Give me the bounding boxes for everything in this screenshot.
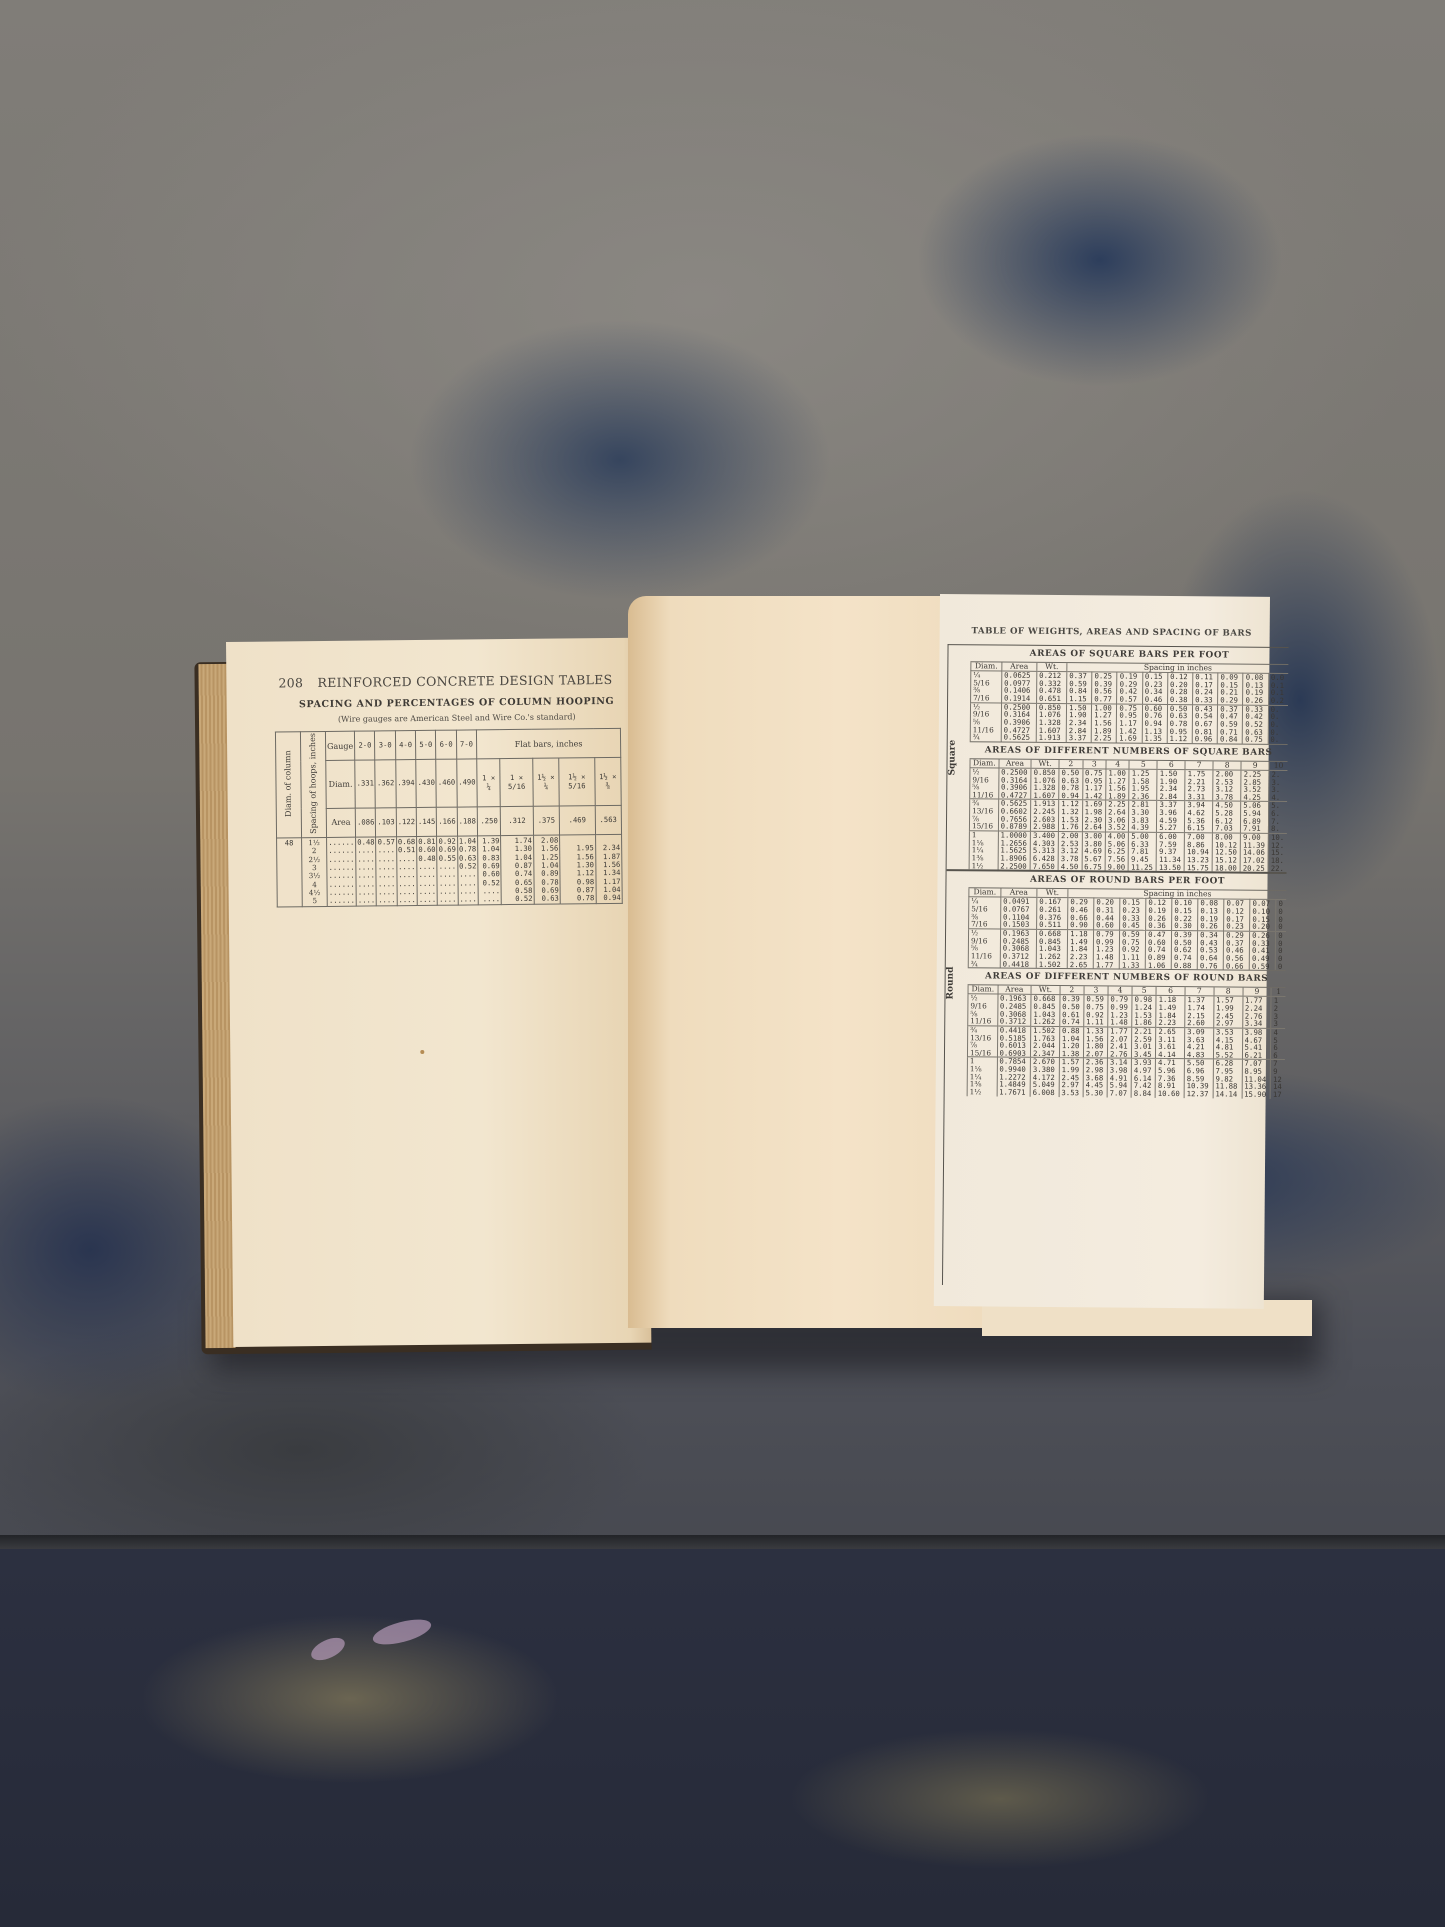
count-values: 2.81 3.30 3.83 4.39 (1129, 801, 1157, 833)
diam-cell: .394 (396, 760, 417, 807)
area-cell: .188 (457, 807, 478, 837)
diam-cell: .490 (456, 759, 477, 806)
spacing-values: 0.08 0.13 0.19 0.26 (1198, 899, 1224, 931)
spacing-values: 0.26 0.33 0.41 0.49 0.59 (1249, 931, 1275, 970)
value-column: 0.48 .... .... .... .... .... .... .... (356, 837, 377, 906)
table-row-group: ½ 9/16 ⅝ 11/16 0.2500 0.3164 0.3906 0.47… (970, 768, 1288, 802)
count-values: 3.00 3.80 4.69 5.67 6.75 (1082, 832, 1106, 871)
count-values: 6.00 7.59 9.37 11.34 13.50 (1156, 832, 1184, 871)
spacing-values: 0.29 0.46 0.66 0.90 (1068, 898, 1094, 930)
area-cell: .145 (416, 807, 437, 837)
gauge-cell: 5-0 (416, 730, 437, 760)
table-row-group: ½ 9/16 ⅝ 11/16 0.1963 0.2485 0.3068 0.37… (968, 994, 1286, 1028)
table-row-group: ¾ 13/16 ⅞ 15/16 0.4418 0.5185 0.6013 0.6… (967, 1026, 1285, 1060)
page-number: 208 (278, 675, 303, 690)
wt-values: 0.850 1.076 1.328 1.607 (1031, 768, 1059, 800)
spacing-values: 0.12 0.20 0.28 0.38 (1167, 672, 1192, 704)
count-values: 4 5 6 6 (1271, 1028, 1285, 1060)
spacing-values: 0.33 0.42 0.52 0.63 0.75 (1243, 705, 1269, 744)
area-cell: .086 (355, 808, 376, 838)
spacing-values: 0.37 0.59 0.84 1.15 (1067, 672, 1092, 704)
value-column: 2.34 1.87 1.56 1.34 1.17 1.04 0.94 (595, 834, 622, 904)
table-subtitle: (Wire gauges are American Steel and Wire… (297, 712, 617, 724)
diam-of-column-header: Diam. of column (284, 750, 294, 817)
table-title: TABLE OF WEIGHTS, AREAS AND SPACING OF B… (962, 626, 1262, 639)
area-cell: .312 (501, 806, 534, 836)
flat-bar-size: 1 × ¼ (477, 759, 501, 806)
count-values: 2.00 2.53 3.12 3.78 4.50 (1058, 832, 1082, 871)
spacing-values: 1½ 2 2½ 3 3½ 4 4½ 5 (302, 838, 328, 908)
spacing-values: 0.37 0.47 0.59 0.71 0.84 (1217, 705, 1243, 744)
wt-values: 0.167 0.261 0.376 0.511 (1037, 898, 1068, 930)
diam-values: ¼ 5/16 ⅜ 7/16 (971, 671, 1002, 703)
value-column: 0.81 0.60 0.48 .... .... .... .... .... (417, 836, 438, 905)
spacing-values: 0.15 0.23 0.33 0.45 (1120, 898, 1146, 930)
blank-fold-page (628, 596, 983, 1328)
spacing-values: 0 0 0 0 0 (1275, 931, 1286, 970)
area-values: 0.2500 0.3164 0.3906 0.4727 0.5625 (1001, 703, 1036, 742)
square-side-label: Square (947, 645, 971, 870)
wt-values: 0.212 0.332 0.478 0.651 (1036, 671, 1066, 703)
spacing-values: 0.09 0.15 0.21 0.29 (1218, 673, 1243, 705)
value-column: 1.39 1.04 0.83 0.69 0.60 0.52 .... .... (478, 836, 502, 905)
count-values: 4.71 5.96 7.36 8.91 10.60 (1155, 1059, 1184, 1098)
gauge-cell: 3-0 (375, 731, 396, 761)
diam-values: ½ 9/16 ⅝ 11/16 ¾ (970, 702, 1001, 741)
wt-values: 1.913 2.245 2.603 2.988 (1031, 800, 1059, 832)
diam-cell: .460 (436, 760, 457, 807)
count-values: 0.75 0.95 1.17 1.42 (1082, 769, 1106, 801)
round-section: Round AREAS OF ROUND BARS PER FOOT Diam.… (945, 871, 1287, 1098)
spacing-values: 0.25 0.39 0.56 0.77 (1092, 672, 1117, 704)
spacing-values: 0.10 0.15 0.22 0.30 (1172, 899, 1198, 931)
running-head-text: REINFORCED CONCRETE DESIGN TABLES (317, 672, 612, 690)
wt-values: 1.502 1.763 2.044 2.347 (1030, 1026, 1059, 1058)
spacing-values: 0.59 0.75 0.92 1.11 1.33 (1119, 930, 1145, 969)
area-cell: .563 (595, 805, 622, 835)
diam-cell: .331 (355, 760, 376, 807)
flat-bar-size: 1½ × ⅜ (594, 758, 621, 806)
count-values: 3.53 4.15 4.81 5.52 (1213, 1028, 1242, 1060)
floor-step-edge (0, 1535, 1445, 1549)
spacing-values: 0 0 0 0 (1276, 900, 1287, 932)
spacing-values: 0.12 0.19 0.26 0.36 (1146, 899, 1172, 931)
diam-values: ½ 9/16 ⅝ 11/16 ¾ (968, 929, 1000, 968)
wt-values: 2.670 3.380 4.172 5.049 6.008 (1030, 1058, 1059, 1097)
wt-values: 0.668 0.845 1.043 1.262 1.502 (1036, 929, 1067, 968)
count-values: 5. 6. 7. 8. (1269, 802, 1288, 834)
count-values: 7.00 8.86 10.94 13.23 15.75 (1184, 833, 1212, 872)
area-values: 0.5625 0.6602 0.7656 0.8789 (998, 799, 1031, 831)
value-column: 1.74 1.30 1.04 0.87 0.74 0.65 0.58 0.52 (501, 835, 534, 905)
area-values: 0.1963 0.2485 0.3068 0.3712 (997, 994, 1031, 1026)
value-column: 1.04 0.78 0.63 0.52 .... .... .... .... (457, 836, 478, 905)
count-values: 8.00 10.12 12.50 15.12 18.00 (1212, 833, 1240, 872)
count-values: 1.77 2.24 2.76 3.34 (1242, 996, 1271, 1028)
count-values: 5.06 5.94 6.89 7.91 (1241, 802, 1269, 834)
area-values: 0.0625 0.0977 0.1406 0.1914 (1001, 671, 1036, 703)
count-values: 3.09 3.63 4.21 4.83 (1184, 1027, 1213, 1059)
left-page: 208 REINFORCED CONCRETE DESIGN TABLES SP… (226, 638, 651, 1347)
round-per-foot-table: Diam. Area Wt. Spacing in inches ¼ 5/16 … (968, 889, 1287, 971)
spacing-values: 0.79 0.99 1.23 1.48 1.77 (1093, 930, 1119, 969)
column-hooping-table: Diam. of column Spacing of hoops, inches… (275, 728, 623, 908)
square-per-foot-table: Diam. Area Wt. Spacing in inches ¼ 5/16 … (970, 662, 1289, 744)
area-cell: .375 (533, 806, 560, 836)
diam-values: 1 1⅛ 1¼ 1⅜ 1½ (969, 831, 998, 870)
flat-bars-header: Flat bars, inches (476, 728, 620, 759)
count-values: 4.50 5.28 6.12 7.03 (1213, 801, 1241, 833)
spacing-values: 0.20 0.31 0.44 0.60 (1094, 898, 1120, 930)
count-values: 0.88 1.04 1.20 1.38 (1059, 1026, 1083, 1058)
spacing-values: 1.18 1.49 1.84 2.23 2.65 (1067, 930, 1093, 969)
spacing-values: 0.39 0.50 0.62 0.74 0.88 (1171, 931, 1197, 970)
spacing-values: 0.19 0.29 0.42 0.57 (1117, 672, 1142, 704)
spacing-values: 0.11 0.17 0.24 0.33 (1193, 673, 1218, 705)
count-values: 1.75 2.21 2.73 3.31 (1185, 769, 1213, 801)
spacing-values: 0. 0. 0. 0. 0. (1268, 705, 1288, 744)
paper-spot (420, 1050, 424, 1054)
spacing-values: 0.07 0.12 0.17 0.23 (1224, 899, 1250, 931)
count-values: 2.36 2.98 3.68 4.45 5.30 (1083, 1058, 1107, 1097)
bar-tables-frame: Square AREAS OF SQUARE BARS PER FOOT Dia… (942, 644, 1289, 1288)
value-column: 0.68 0.51 .... .... .... .... .... .... (396, 837, 417, 906)
count-values: 10. 12. 15. 18. 22. (1268, 833, 1287, 872)
table-row-group: ¼ 5/16 ⅜ 7/16 0.0491 0.0767 0.1104 0.150… (969, 897, 1287, 931)
count-values: 2.00 2.53 3.12 3.78 (1213, 770, 1241, 802)
spacing-values: 0.15 0.23 0.34 0.46 (1142, 672, 1167, 704)
area-cell: .122 (396, 807, 417, 837)
count-values: 0.39 0.50 0.61 0.74 (1060, 995, 1084, 1027)
count-values: 1.69 1.98 2.30 2.64 (1082, 800, 1106, 832)
value-column: 1.95 1.56 1.30 1.12 0.98 0.87 0.78 (560, 835, 596, 905)
count-values: 1.77 2.07 2.41 2.76 (1107, 1027, 1131, 1059)
round-numbers-table: Diam. Area Wt. 2 3 4 5 6 7 8 9 1 ½ 9/16 … (967, 986, 1286, 1099)
area-values: 0.0491 0.0767 0.1104 0.1503 (1000, 897, 1036, 929)
spacing-values: 0.0 0.1 0.1 0.2 (1268, 673, 1288, 705)
spacing-values: 0.34 0.43 0.53 0.64 0.76 (1197, 931, 1223, 970)
count-values: 1 2 3 3 (1271, 997, 1285, 1029)
spacing-values: 0.43 0.54 0.67 0.81 0.96 (1192, 704, 1218, 743)
count-values: 4.00 5.06 6.25 7.56 9.00 (1105, 832, 1129, 871)
count-values: 2.25 2.85 3.52 4.25 (1241, 770, 1269, 802)
wt-values: 0.668 0.845 1.043 1.262 (1031, 995, 1060, 1027)
area-cell: .469 (559, 805, 595, 835)
value-column: ...... ...... ...... ...... ...... .....… (327, 837, 357, 907)
count-values: 5.00 6.33 7.81 9.45 11.25 (1128, 832, 1156, 871)
count-values: 2. 3. 3. 4. (1269, 770, 1288, 802)
area-label: Area (326, 808, 355, 838)
diam-values: ¾ 13/16 ⅞ 15/16 (967, 1026, 997, 1058)
count-values: 1.12 1.32 1.53 1.76 (1059, 800, 1083, 832)
table-row-group: ¼ 5/16 ⅜ 7/16 0.0625 0.0977 0.1406 0.191… (971, 671, 1289, 705)
count-values: 3.37 3.96 4.59 5.27 (1157, 801, 1185, 833)
spacing-values: 1.00 1.27 1.56 1.89 2.25 (1091, 703, 1117, 742)
square-numbers-table: Diam. Area Wt. 2 3 4 5 6 7 8 9 10 ½ 9/16… (969, 759, 1288, 872)
table-row-group: 1 1⅛ 1¼ 1⅜ 1½ 1.0000 1.2656 1.5625 1.890… (969, 831, 1287, 873)
count-values: 2.25 2.64 3.06 3.52 (1105, 800, 1129, 832)
spacing-values: 0.29 0.37 0.46 0.56 0.66 (1223, 931, 1249, 970)
value-column: 0.92 0.69 0.55 .... .... .... .... .... (437, 836, 458, 905)
count-values: 2.65 3.11 3.61 4.14 (1156, 1027, 1185, 1059)
diam-cell: .362 (375, 760, 396, 807)
spacing-values: 0.60 0.76 0.94 1.13 1.35 (1142, 704, 1168, 743)
area-values: 0.4418 0.5185 0.6013 0.6903 (997, 1026, 1031, 1058)
square-section: Square AREAS OF SQUARE BARS PER FOOT Dia… (947, 645, 1289, 874)
count-values: 0.79 0.99 1.23 1.48 (1108, 995, 1132, 1027)
count-values: 7.07 8.95 11.04 13.36 15.90 (1242, 1060, 1271, 1099)
spacing-values: 0.08 0.13 0.19 0.26 (1243, 673, 1268, 705)
spacing-header: Spacing of hoops, inches (308, 733, 318, 834)
column-diameter: 48 (277, 838, 303, 908)
lower-concrete-slab (0, 1549, 1445, 1927)
count-values: 2.21 2.59 3.01 3.45 (1132, 1027, 1156, 1059)
count-values: 1.37 1.74 2.15 2.60 (1185, 996, 1214, 1028)
table-row-group: ½ 9/16 ⅝ 11/16 ¾ 0.2500 0.3164 0.3906 0.… (970, 702, 1288, 744)
flat-bar-size: 1 × 5/16 (500, 759, 533, 807)
gauge-cell: 7-0 (456, 730, 477, 760)
count-values: 1.57 1.99 2.45 2.97 3.53 (1059, 1058, 1083, 1097)
diam-values: ½ 9/16 ⅝ 11/16 (970, 768, 999, 800)
area-values: 0.7854 0.9940 1.2272 1.4849 1.7671 (997, 1057, 1031, 1096)
count-values: 1.57 1.99 2.45 2.97 (1213, 996, 1242, 1028)
count-values: 7 9 12 14 17 (1270, 1060, 1285, 1099)
count-values: 0.50 0.63 0.78 0.94 (1059, 768, 1083, 800)
count-values: 3.94 4.62 5.36 6.15 (1185, 801, 1213, 833)
wt-values: 3.400 4.303 5.313 6.428 7.650 (1030, 831, 1058, 870)
count-values: 5.50 6.96 8.59 10.39 12.37 (1184, 1059, 1213, 1098)
area-cell: .166 (437, 807, 458, 837)
count-values: 1.00 1.27 1.56 1.89 (1106, 769, 1130, 801)
count-values: 1.50 1.90 2.34 2.84 (1157, 769, 1185, 801)
count-values: 9.00 11.39 14.06 17.02 20.25 (1240, 833, 1268, 872)
count-values: 6.28 7.95 9.82 11.88 14.14 (1213, 1059, 1242, 1098)
value-column: 0.57 .... .... .... .... .... .... .... (376, 837, 397, 906)
count-values: 0.98 1.24 1.53 1.86 (1132, 995, 1156, 1027)
flat-bar-size: 1½ × ¼ (533, 758, 560, 806)
diam-label: Diam. (326, 761, 356, 809)
gauge-cell: 6-0 (436, 730, 457, 760)
table-title: SPACING AND PERCENTAGES OF COLUMN HOOPIN… (297, 696, 617, 710)
table-row-group: 1 1⅛ 1¼ 1⅜ 1½ 0.7854 0.9940 1.2272 1.484… (967, 1057, 1285, 1099)
diam-values: ¼ 5/16 ⅜ 7/16 (969, 897, 1001, 929)
table-row-group: ½ 9/16 ⅝ 11/16 ¾ 0.1963 0.2485 0.3068 0.… (968, 929, 1286, 971)
spacing-values: 0.47 0.60 0.74 0.89 1.06 (1145, 930, 1171, 969)
count-values: 3.93 4.97 6.14 7.42 8.84 (1131, 1059, 1155, 1098)
diam-values: 1 1⅛ 1¼ 1⅜ 1½ (967, 1057, 997, 1096)
area-values: 0.2500 0.3164 0.3906 0.4727 (998, 768, 1031, 800)
area-values: 1.0000 1.2656 1.5625 1.8906 2.2500 (998, 831, 1031, 870)
area-cell: .250 (477, 806, 501, 836)
area-cell: .103 (376, 807, 397, 837)
table-row-group: ¾ 13/16 ⅞ 15/16 0.5625 0.6602 0.7656 0.8… (969, 799, 1287, 833)
gauge-cell: 4-0 (395, 731, 416, 761)
running-head: 208 REINFORCED CONCRETE DESIGN TABLES (278, 672, 618, 691)
spacing-values: 1.50 1.90 2.34 2.84 3.37 (1066, 703, 1092, 742)
area-values: 0.1963 0.2485 0.3068 0.3712 0.4418 (1000, 929, 1036, 968)
count-values: 1.25 1.58 1.95 2.36 (1129, 769, 1157, 801)
diam-values: ½ 9/16 ⅝ 11/16 (968, 994, 998, 1026)
count-values: 3.14 3.98 4.91 5.94 7.07 (1107, 1058, 1131, 1097)
diam-values: ¾ 13/16 ⅞ 15/16 (969, 799, 998, 831)
count-values: 3.98 4.67 5.41 6.21 (1242, 1028, 1271, 1060)
right-page: TABLE OF WEIGHTS, AREAS AND SPACING OF B… (934, 594, 1270, 1309)
wt-values: 0.850 1.076 1.328 1.607 1.913 (1036, 703, 1066, 742)
count-values: 1.33 1.56 1.80 2.07 (1083, 1027, 1107, 1059)
gauge-cell: 2-0 (355, 731, 376, 761)
count-values: 0.59 0.75 0.92 1.11 (1084, 995, 1108, 1027)
gauge-label: Gauge (325, 731, 354, 761)
spacing-values: 0.07 0.10 0.15 0.20 (1250, 900, 1276, 932)
spacing-values: 0.75 0.95 1.17 1.42 1.69 (1117, 704, 1143, 743)
flat-bar-size: 1½ × 5/16 (559, 758, 595, 806)
spacing-values: 0.50 0.63 0.78 0.95 1.12 (1167, 704, 1193, 743)
count-values: 1.18 1.49 1.84 2.23 (1156, 996, 1185, 1028)
round-side-label: Round (945, 871, 969, 1096)
diam-cell: .430 (416, 760, 437, 807)
value-column: 2.08 1.56 1.25 1.04 0.89 0.78 0.69 0.63 (533, 835, 560, 905)
